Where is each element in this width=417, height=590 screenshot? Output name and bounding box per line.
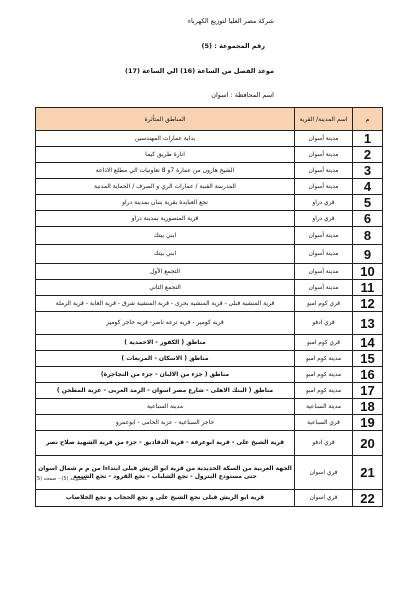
row-areas: مدينة السباعية xyxy=(36,399,295,415)
company-name: شركة مصر العليا لتوزيع الكهرباء xyxy=(188,17,274,25)
row-city: مدينة أسوان xyxy=(295,280,353,296)
table-row: 6قري دراوقرية المنصورية بمدينة دراو xyxy=(36,211,383,227)
row-city: مدينة أسوان xyxy=(295,147,353,163)
row-areas: بداية عمارات المهندسين xyxy=(36,131,295,147)
table-row: 4مدينة أسوانالمدرسة الفنية / عمارات الري… xyxy=(36,179,383,195)
row-areas: مناطق ( الاسكان - المربعات ) xyxy=(36,351,295,367)
row-city: مدينة أسوان xyxy=(295,264,353,280)
table-header-row: م اسم المدينة/ القرية المناطق المتأثرة xyxy=(36,108,383,131)
row-city: قري اسوان xyxy=(295,490,353,507)
table-row: 17مدينة كوم امبومناطق ( البنك الاهلى - ش… xyxy=(36,383,383,399)
row-number: 14 xyxy=(353,335,383,351)
row-city: مدينة أسوان xyxy=(295,227,353,245)
row-areas: التجمع الأول xyxy=(36,264,295,280)
row-areas: نجع العبابدة بقرية بنبان بمدينة دراو xyxy=(36,195,295,211)
row-areas: التجمع الثاني xyxy=(36,280,295,296)
row-number: 18 xyxy=(353,399,383,415)
row-areas: مناطق ( البنك الاهلى - شارع مصر اسوان - … xyxy=(36,383,295,399)
row-city: قري كوم امبو xyxy=(295,335,353,351)
row-areas: قرية الشيخ على - قرية ابوعرقة - قرية الد… xyxy=(36,431,295,456)
row-number: 11 xyxy=(353,280,383,296)
row-areas: قرية ابو الريش قبلى نجع الشيخ على و نجع … xyxy=(36,490,295,507)
row-number: 5 xyxy=(353,195,383,211)
table-row: 19قري السباعيةحاجر السباعية - عزبة الحام… xyxy=(36,415,383,431)
row-number: 10 xyxy=(353,264,383,280)
row-number: 12 xyxy=(353,296,383,312)
row-number: 15 xyxy=(353,351,383,367)
cutoff-time: موعد الفصل من الساعة (16) الي الساعة (17… xyxy=(125,67,274,75)
row-areas: ابني بيتك xyxy=(36,227,295,245)
row-city: مدينة السباعية xyxy=(295,399,353,415)
row-areas: الجهة الغربية من السكة الحديدية من قرية … xyxy=(36,456,295,490)
row-city: مدينة كوم امبو xyxy=(295,383,353,399)
table-row: 18مدينة السباعيةمدينة السباعية xyxy=(36,399,383,415)
col-header-areas: المناطق المتأثرة xyxy=(36,108,295,131)
col-header-number: م xyxy=(353,108,383,131)
row-areas: قريه كومير - قريه ترعه ناصر- قريه حاجر ك… xyxy=(36,312,295,335)
row-number: 4 xyxy=(353,179,383,195)
table-row: 8مدينة أسوانابني بيتك xyxy=(36,227,383,245)
row-areas: انارة طريق كيما xyxy=(36,147,295,163)
row-city: مدينة أسوان xyxy=(295,163,353,179)
row-number: 6 xyxy=(353,211,383,227)
row-number: 3 xyxy=(353,163,383,179)
table-row: 9مدينة أسوانابني بيتك xyxy=(36,245,383,264)
row-areas: ابني بيتك xyxy=(36,245,295,264)
table-row: 12قري كوم امبوقرية المنشية قبلى - قرية ا… xyxy=(36,296,383,312)
governorate-name: اسم المحافظة : اسوان xyxy=(211,91,274,99)
row-city: قري ادفو xyxy=(295,312,353,335)
table-row: 13قري ادفوقريه كومير - قريه ترعه ناصر- ق… xyxy=(36,312,383,335)
row-number: 21 xyxy=(353,456,383,490)
row-city: قري السباعية xyxy=(295,415,353,431)
row-areas: قرية المنصورية بمدينة دراو xyxy=(36,211,295,227)
table-row: 22قري اسوانقرية ابو الريش قبلى نجع الشيخ… xyxy=(36,490,383,507)
table-row: 1مدينة أسوانبداية عمارات المهندسين xyxy=(36,131,383,147)
row-areas: قرية المنشية قبلى - قرية المنشية بحرى - … xyxy=(36,296,295,312)
row-number: 1 xyxy=(353,131,383,147)
table-row: 3مدينة أسوانالشيخ هارون من عمارة 7و 8 تع… xyxy=(36,163,383,179)
table-row: 11مدينة أسوانالتجمع الثاني xyxy=(36,280,383,296)
group-number: رقم المجموعة : (5) xyxy=(202,42,266,50)
table-row: 15مدينة كوم امبومناطق ( الاسكان - المربع… xyxy=(36,351,383,367)
row-areas: الشيخ هارون من عمارة 7و 8 تعاونيات الي م… xyxy=(36,163,295,179)
row-city: قري دراو xyxy=(295,211,353,227)
page-footer: مجموعة (5) - صفحة (5) xyxy=(35,476,87,482)
row-city: قري دراو xyxy=(295,195,353,211)
row-city: قري اسوان xyxy=(295,456,353,490)
table-row: 20قري ادفوقرية الشيخ على - قرية ابوعرقة … xyxy=(36,431,383,456)
row-city: مدينة أسوان xyxy=(295,179,353,195)
row-areas: حاجر السباعية - عزبة الحامى - ابوعمرو xyxy=(36,415,295,431)
row-number: 8 xyxy=(353,227,383,245)
table-row: 10مدينة أسوانالتجمع الأول xyxy=(36,264,383,280)
row-areas: المدرسة الفنية / عمارات الري و الصرف / ا… xyxy=(36,179,295,195)
row-number: 16 xyxy=(353,367,383,383)
row-city: مدينة كوم امبو xyxy=(295,367,353,383)
table-row: 2مدينة أسوانانارة طريق كيما xyxy=(36,147,383,163)
row-number: 22 xyxy=(353,490,383,507)
row-city: مدينة كوم امبو xyxy=(295,351,353,367)
row-areas: مناطق ( جزء من الالبان - جزء من النجاجرة… xyxy=(36,367,295,383)
row-city: مدينة أسوان xyxy=(295,245,353,264)
row-number: 13 xyxy=(353,312,383,335)
outage-table: م اسم المدينة/ القرية المناطق المتأثرة 1… xyxy=(35,107,383,507)
table-row: 16مدينة كوم امبومناطق ( جزء من الالبان -… xyxy=(36,367,383,383)
row-city: مدينة أسوان xyxy=(295,131,353,147)
table-row: 14قري كوم امبومناطق ( الكفور - الاحمدية … xyxy=(36,335,383,351)
row-number: 2 xyxy=(353,147,383,163)
row-number: 19 xyxy=(353,415,383,431)
row-number: 9 xyxy=(353,245,383,264)
row-city: قري كوم امبو xyxy=(295,296,353,312)
row-areas: مناطق ( الكفور - الاحمدية ) xyxy=(36,335,295,351)
table-row: 5قري دراونجع العبابدة بقرية بنبان بمدينة… xyxy=(36,195,383,211)
row-city: قري ادفو xyxy=(295,431,353,456)
table-body: 1مدينة أسوانبداية عمارات المهندسين2مدينة… xyxy=(36,131,383,507)
col-header-city: اسم المدينة/ القرية xyxy=(295,108,353,131)
row-number: 17 xyxy=(353,383,383,399)
table-row: 21قري اسوانالجهة الغربية من السكة الحديد… xyxy=(36,456,383,490)
row-number: 20 xyxy=(353,431,383,456)
